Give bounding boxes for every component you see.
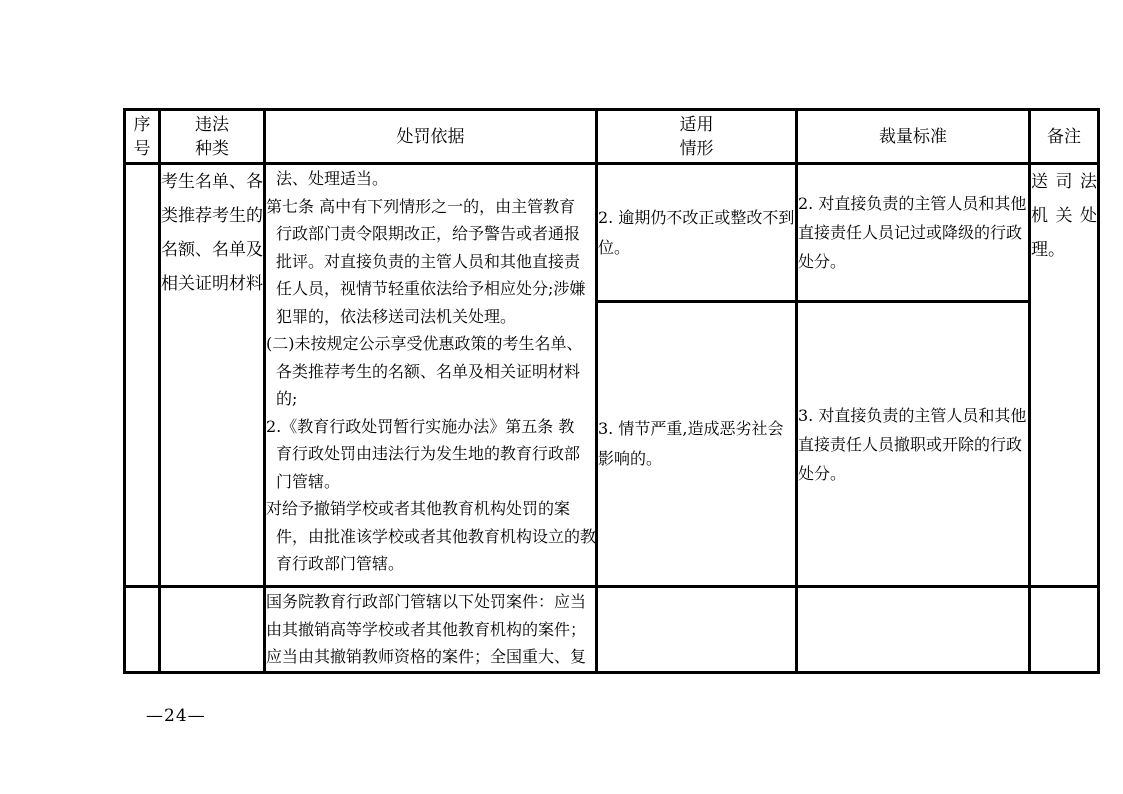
text-line: 国务院教育行政部门管辖以下处罚案件：应当	[266, 588, 595, 616]
text-line: 对给予撤销学校或者其他教育机构处罚的案	[266, 495, 595, 523]
text-line: 由其撤销高等学校或者其他教育机构的案件；	[266, 616, 595, 644]
text-line: 法、处理适当。	[266, 165, 595, 193]
text-line: (二)未按规定公示享受优惠政策的考生名单、	[266, 330, 595, 358]
text-line: 育行政部门管辖。	[266, 550, 595, 578]
document-page: 序 号 违法 种类 处罚依据 适用 情形 裁量标准 备注 考生名单、各类推荐考生…	[0, 0, 1123, 794]
text-line: 批评。对直接负责的主管人员和其他直接责	[266, 248, 595, 276]
text-line: 犯罪的，依法移送司法机关处理。	[266, 303, 595, 331]
text-line: 任人员，视情节轻重依法给予相应处分;涉嫌	[266, 275, 595, 303]
header-serial-number: 序 号	[125, 110, 160, 164]
regulation-table: 序 号 违法 种类 处罚依据 适用 情形 裁量标准 备注 考生名单、各类推荐考生…	[123, 108, 1100, 674]
header-discretion-standard: 裁量标准	[797, 110, 1030, 164]
text-line: 2.《教育行政处罚暂行实施办法》第五条 教	[266, 413, 595, 441]
cell-serial-number-empty	[125, 587, 160, 673]
header-violation-type: 违法 种类	[160, 110, 265, 164]
cell-serial-number-empty	[125, 164, 160, 587]
table-row: 考生名单、各类推荐考生的名额、名单及相关证明材料 法、处理适当。第七条 高中有下…	[125, 164, 1099, 302]
cell-remarks: 送司法机关处理。	[1030, 164, 1099, 587]
text-line: 的;	[266, 385, 595, 413]
cell-standard-dismissal: 3. 对直接负责的主管人员和其他直接责任人员撤职或开除的行政处分。	[797, 302, 1030, 587]
cell-violation-type-empty	[160, 587, 265, 673]
header-applicable-situation: 适用 情形	[597, 110, 797, 164]
cell-penalty-basis: 法、处理适当。第七条 高中有下列情形之一的，由主管教育行政部门责令限期改正，给予…	[265, 164, 597, 587]
table-header-row: 序 号 违法 种类 处罚依据 适用 情形 裁量标准 备注	[125, 110, 1099, 164]
text-line: 应当由其撤销教师资格的案件；全国重大、复	[266, 643, 595, 671]
text-line: 门管辖。	[266, 468, 595, 496]
table-row: 国务院教育行政部门管辖以下处罚案件：应当由其撤销高等学校或者其他教育机构的案件；…	[125, 587, 1099, 673]
cell-situation-overdue: 2. 逾期仍不改正或整改不到位。	[597, 164, 797, 302]
text-line: 育行政处罚由违法行为发生地的教育行政部	[266, 440, 595, 468]
header-remarks: 备注	[1030, 110, 1099, 164]
cell-standard-demerit: 2. 对直接负责的主管人员和其他直接责任人员记过或降级的行政处分。	[797, 164, 1030, 302]
cell-situation-empty	[597, 587, 797, 673]
text-line: 行政部门责令限期改正，给予警告或者通报	[266, 220, 595, 248]
cell-standard-empty	[797, 587, 1030, 673]
cell-penalty-basis-continued: 国务院教育行政部门管辖以下处罚案件：应当由其撤销高等学校或者其他教育机构的案件；…	[265, 587, 597, 673]
header-penalty-basis: 处罚依据	[265, 110, 597, 164]
cell-situation-severe: 3. 情节严重,造成恶劣社会影响的。	[597, 302, 797, 587]
page-number: —24—	[146, 706, 206, 726]
text-line: 各类推荐考生的名额、名单及相关证明材料	[266, 358, 595, 386]
text-line: 第七条 高中有下列情形之一的，由主管教育	[266, 193, 595, 221]
cell-remarks-empty	[1030, 587, 1099, 673]
cell-violation-type: 考生名单、各类推荐考生的名额、名单及相关证明材料	[160, 164, 265, 587]
text-line: 件，由批准该学校或者其他教育机构设立的教	[266, 523, 595, 551]
